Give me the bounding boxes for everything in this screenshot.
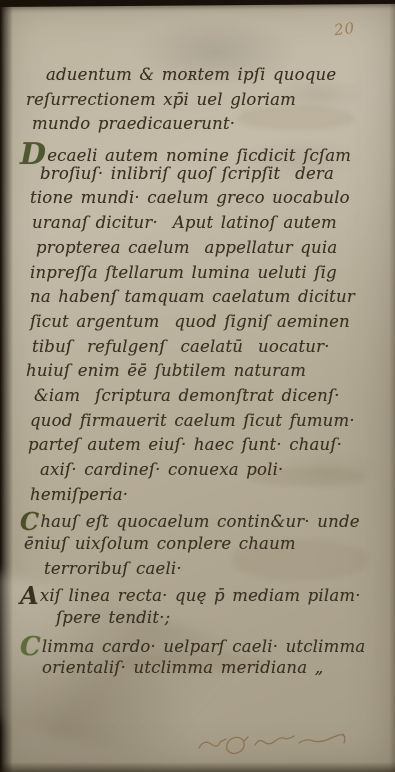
decorated-initial: C (20, 510, 39, 534)
manuscript-line: hemiſperia· (30, 483, 380, 508)
page-edge-left (0, 0, 13, 772)
manuscript-line: tibuſ refulgenſ caelatū uocatur· (32, 335, 380, 360)
manuscript-line: na habenſ tamquam caelatum dicitur (30, 285, 380, 310)
line-text: orientaliſ· utclimma meridiana „ (42, 658, 323, 677)
manuscript-line: &iam ſcriptura demonſtrat dicenſ· (34, 384, 380, 409)
line-text: hauſ eſt quocaelum contin&ur· unde (40, 512, 359, 531)
line-text: tibuſ refulgenſ caelatū uocatur· (32, 337, 330, 356)
text-block: aduentum & moʀtem ipſi quoquereſurrectio… (30, 63, 380, 680)
line-text: uranaſ dicitur· Aput latinoſ autem (32, 213, 337, 232)
manuscript-line: ſpere tendit·; (56, 606, 380, 631)
decorated-initial: C (20, 634, 41, 660)
manuscript-line: ēniuſ uixſolum conplere chaum (24, 532, 380, 557)
line-text: hemiſperia· (30, 485, 128, 504)
line-text: huiuſ enim ēē ſubtilem naturam (26, 361, 306, 380)
line-text: &iam ſcriptura demonſtrat dicenſ· (34, 386, 340, 405)
manuscript-line: aduentum & moʀtem ipſi quoque (46, 63, 380, 88)
line-text: parteſ autem eiuſ· haec ſunt· chauſ· (28, 435, 342, 454)
manuscript-line: tione mundi· caelum greco uocabulo (30, 186, 380, 211)
manuscript-line: huiuſ enim ēē ſubtilem naturam (26, 359, 380, 384)
manuscript-line: ſicut argentum quod ſigniſ aeminen (30, 310, 380, 335)
ownership-inscription (193, 726, 361, 764)
manuscript-line: Axiſ linea recta· quę p̄ mediam pilam· (30, 581, 380, 606)
line-text: inpreſſa ſtellarum lumina ueluti ſig (30, 263, 337, 282)
manuscript-line: Chauſ eſt quocaelum contin&ur· unde (30, 507, 380, 532)
line-text: na habenſ tamquam caelatum dicitur (30, 287, 355, 306)
line-text: aduentum & moʀtem ipſi quoque (46, 65, 336, 84)
decorated-initial: A (20, 584, 39, 608)
page-edge-top (0, 0, 395, 7)
line-text: quod firmauerit caelum ſicut fumum· (30, 411, 355, 430)
manuscript-line: Climma cardo· uelparſ caeli· utclimma (30, 631, 380, 656)
manuscript-line: uranaſ dicitur· Aput latinoſ autem (32, 211, 380, 236)
manuscript-line: propterea caelum appellatur quia (36, 236, 380, 261)
manuscript-line: broſiuſ· inlibriſ quoſ ſcripſit dera (40, 162, 380, 187)
page-edge-right (389, 0, 395, 772)
manuscript-line: terroribuſ caeli· (44, 557, 380, 582)
manuscript-line: mundo praedicauerunt· (32, 112, 380, 137)
line-text: ſicut argentum quod ſigniſ aeminen (30, 312, 350, 331)
line-text: mundo praedicauerunt· (32, 114, 235, 133)
line-text: axiſ· cardineſ· conuexa poli· (40, 460, 284, 479)
manuscript-page: 20 aduentum & moʀtem ipſi quoquereſurrec… (0, 0, 395, 772)
manuscript-line: inpreſſa ſtellarum lumina ueluti ſig (30, 261, 380, 286)
manuscript-line: Decaeli autem nomine ſicdicit ſcſam (30, 137, 380, 162)
manuscript-line: parteſ autem eiuſ· haec ſunt· chauſ· (28, 433, 380, 458)
line-text: tione mundi· caelum greco uocabulo (30, 188, 350, 207)
manuscript-line: reſurrectionem xp̄i uel gloriam (26, 88, 380, 113)
line-text: ſpere tendit·; (56, 608, 170, 627)
decorated-initial: D (20, 140, 46, 170)
line-text: broſiuſ· inlibriſ quoſ ſcripſit dera (40, 164, 334, 183)
folio-number: 20 (333, 19, 356, 39)
line-text: limma cardo· uelparſ caeli· utclimma (42, 637, 365, 656)
manuscript-line: quod firmauerit caelum ſicut fumum· (30, 409, 380, 434)
line-text: ēniuſ uixſolum conplere chaum (24, 534, 296, 553)
line-text: terroribuſ caeli· (44, 559, 182, 578)
line-text: reſurrectionem xp̄i uel gloriam (26, 90, 296, 109)
line-text: xiſ linea recta· quę p̄ mediam pilam· (40, 586, 361, 605)
line-text: propterea caelum appellatur quia (36, 238, 337, 257)
manuscript-line: orientaliſ· utclimma meridiana „ (42, 656, 380, 681)
manuscript-line: axiſ· cardineſ· conuexa poli· (40, 458, 380, 483)
